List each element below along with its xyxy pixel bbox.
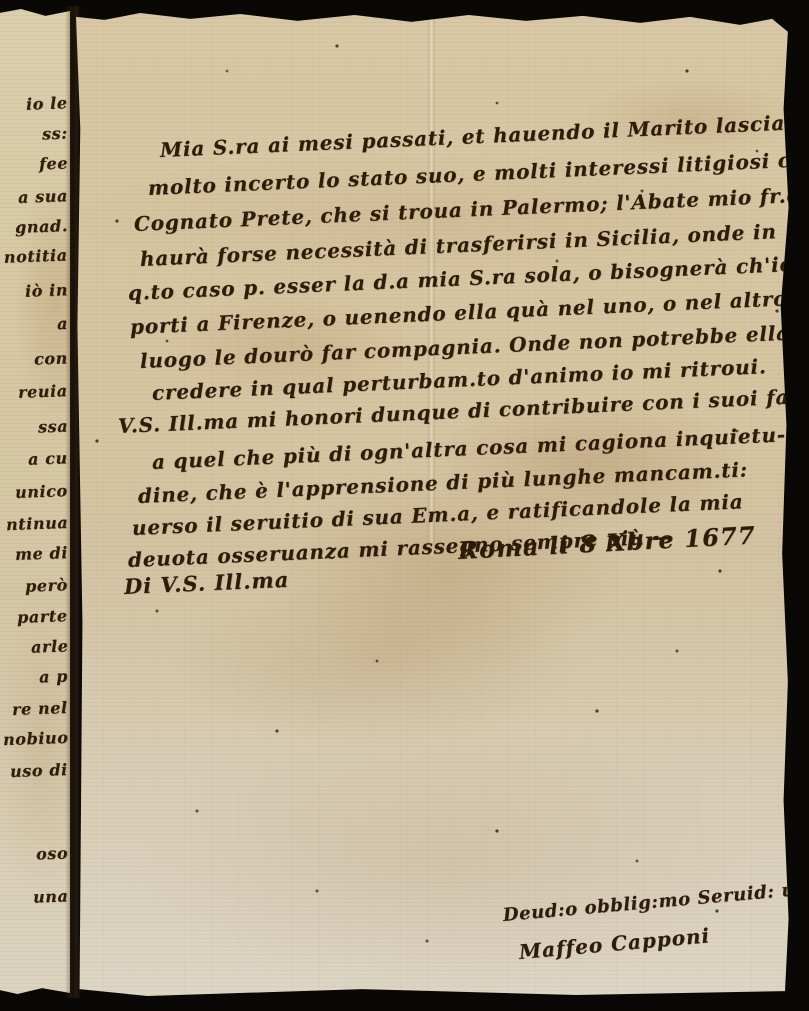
facing-page-fragment: iò in (25, 280, 69, 300)
signature-line-1: Deud:o obblig:mo Seruid: uero (502, 876, 809, 925)
facing-page-fragment: nobiuo (2, 728, 68, 749)
facing-page-fragment: a cu (28, 448, 68, 468)
facing-page-fragment: re nel (12, 698, 68, 719)
facing-page-edge: io less:feea suagnad.la notitiaiò inacon… (0, 7, 70, 996)
facing-page-fragment: però (25, 575, 69, 595)
signature-line-2: Maffeo Capponi (518, 923, 711, 964)
facing-page-fragment: fee (39, 153, 69, 173)
facing-page-fragment: me di (15, 543, 69, 564)
valediction: Di V.S. Ill.ma (123, 567, 289, 599)
facing-page-fragment: a p (39, 667, 69, 687)
facing-page-fragment: arle (30, 636, 68, 656)
facing-page-fragment: oso (36, 843, 69, 863)
facing-page-fragment: parte (17, 606, 68, 627)
facing-page-fragment: gnad. (15, 216, 69, 237)
facing-page-fragment: ntinua (5, 513, 68, 534)
facing-page-fragment: ssa (37, 416, 68, 436)
facing-page-fragment: unico (15, 481, 68, 502)
facing-page-fragment: uso di (10, 760, 68, 781)
facing-page-fragment: con (34, 348, 69, 368)
facing-page-fragment: la notitia (0, 245, 68, 267)
facing-page-fragment: a sua (18, 186, 69, 207)
facing-page-fragment: io le (26, 93, 68, 113)
gutter-fold (65, 6, 81, 998)
manuscript-scan: io less:feea suagnad.la notitiaiò inacon… (0, 0, 809, 1011)
facing-page-fragment: reuia (18, 381, 68, 402)
letter-page: Mia S.ra ai mesi passati, et hauendo il … (76, 10, 790, 998)
facing-page-fragment: una (32, 886, 68, 906)
